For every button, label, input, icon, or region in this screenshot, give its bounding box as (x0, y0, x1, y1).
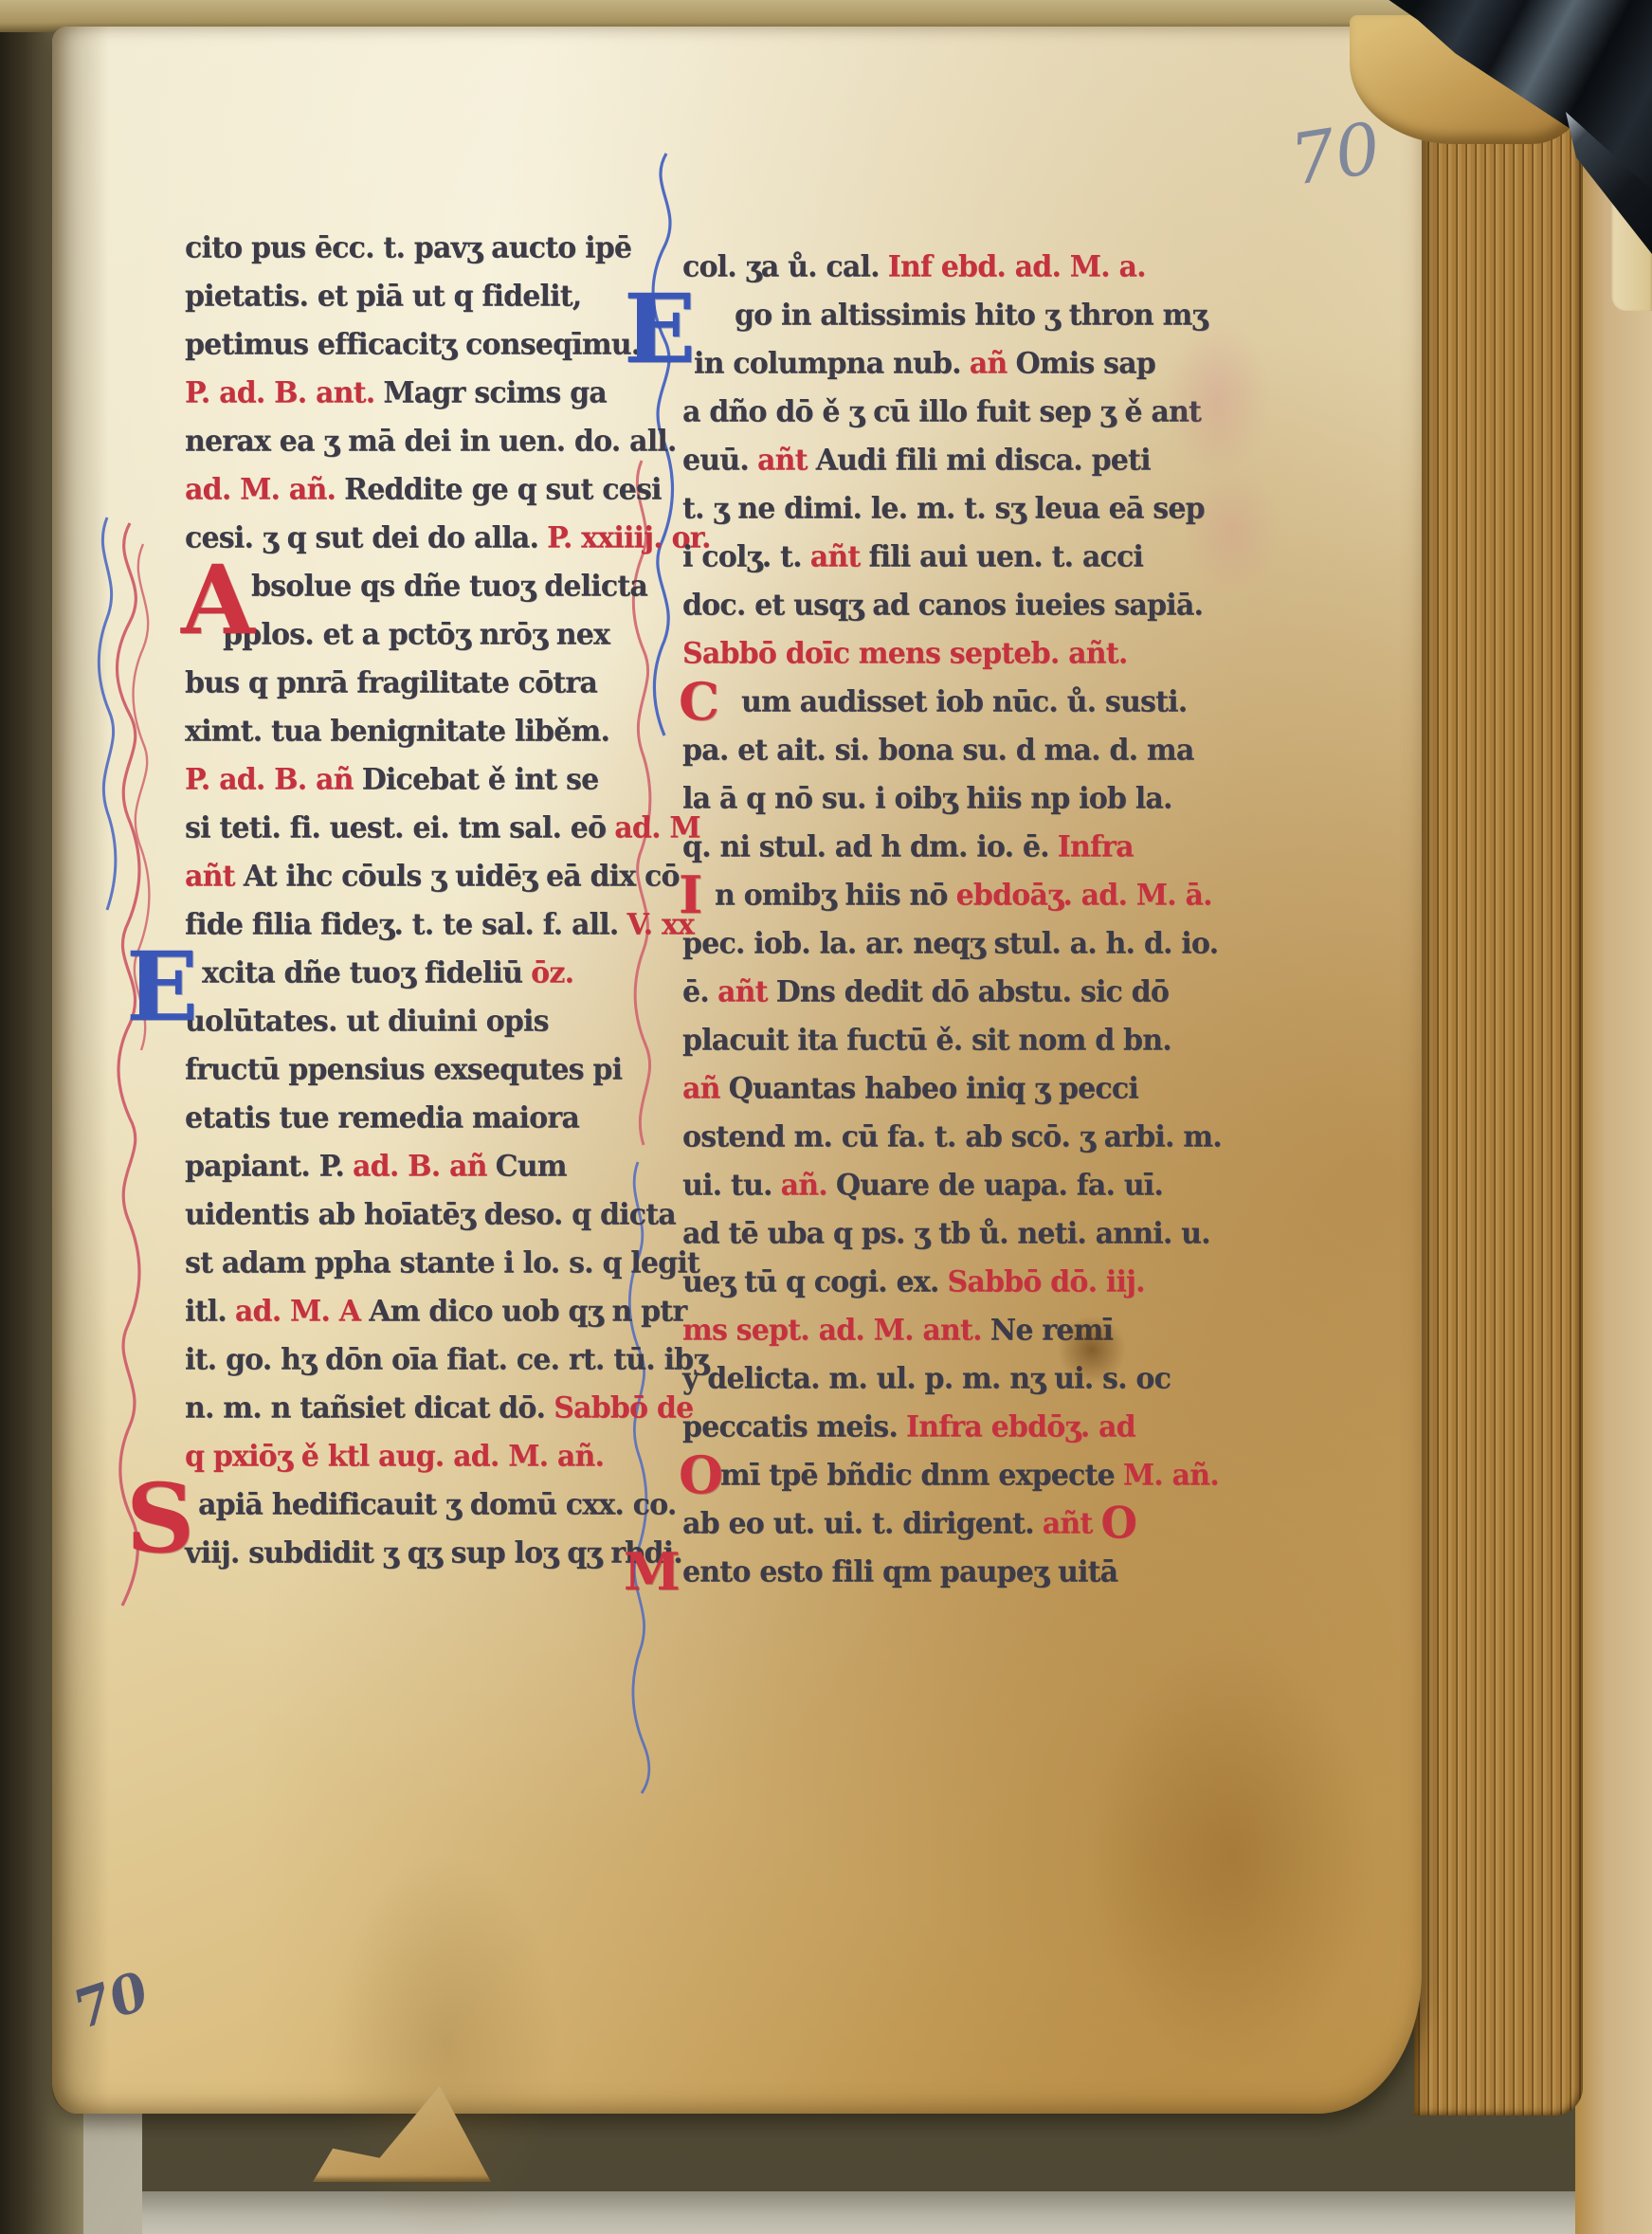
rubric-text: añ. (781, 1168, 827, 1202)
script-text: Audi fili mi disca. peti (816, 443, 1151, 477)
text-line: q. ni stul. ad h dm. io. ē.Infra (682, 822, 1232, 872)
text-line: um audisset iob nūc. ů. susti. (682, 677, 1232, 727)
rubric-text: ms sept. ad. M. ant. (682, 1313, 982, 1347)
text-line: pietatis. et piā ut q fidelit, (185, 271, 670, 321)
script-text: st adam ppha stante i lo. s. q legit (185, 1245, 699, 1280)
rubric-text: ebdoāʒ. ad. M. ā. (956, 878, 1212, 912)
text-line: ab eo ut. ui. t. dirigent.añtO (682, 1498, 1232, 1549)
script-text: doc. et usqʒ ad canos iueies sapiā. (682, 588, 1203, 622)
text-line: placuit ita fuctū ě. sit nom d bn. (682, 1015, 1232, 1065)
script-text: Dicebat ě int se (362, 762, 599, 796)
text-line: uolūtates. ut diuini opis (185, 996, 670, 1046)
script-text: pietatis. et piā ut q fidelit, (185, 279, 581, 313)
script-text: uolūtates. ut diuini opis (185, 1004, 549, 1038)
script-text: n. m. n tañsiet dicat dō. (185, 1390, 545, 1425)
script-text: viij. subdidit ʒ qʒ sup loʒ qʒ rbdi. (185, 1535, 682, 1570)
text-line: apiā hedificauit ʒ domū cxx. co. (185, 1480, 670, 1530)
script-text: pa. et ait. si. bona su. d ma. d. ma (682, 733, 1193, 767)
rubric-text: Sabbō de (554, 1390, 693, 1425)
script-text: ximt. tua benignitate liběm. (185, 714, 609, 748)
script-text: Cum (496, 1149, 567, 1183)
script-text: papiant. P. (185, 1149, 344, 1183)
text-line: bsolue qs dñe tuoʒ delicta (185, 561, 670, 611)
rubric-text: ad. B. añ (353, 1149, 487, 1183)
script-text: apiā hedificauit ʒ domū cxx. co. (198, 1487, 676, 1521)
text-line: pa. et ait. si. bona su. d ma. d. ma (682, 725, 1232, 775)
script-text: fili aui uen. t. acci (868, 539, 1143, 573)
text-line: ostend m. cū fa. t. ab scō. ʒ arbi. m. (682, 1112, 1232, 1162)
rubric-text: añt (185, 859, 235, 893)
script-text: peccatis meis. (682, 1409, 898, 1444)
text-line: pplos. et a pctōʒ nrōʒ nex (185, 609, 670, 660)
text-line: a dño dō ě ʒ cū illo fuit sep ʒ ě ant (682, 387, 1232, 437)
script-text: fructū ppensius exsequtes pi (185, 1052, 622, 1086)
text-line: ē.añtDns dedit dō abstu. sic dō (682, 967, 1232, 1017)
text-line: in columpna nub.añOmis sap (682, 338, 1232, 389)
script-text: a dño dō ě ʒ cū illo fuit sep ʒ ě ant (682, 394, 1201, 428)
script-text: ē. (682, 974, 709, 1008)
script-text: fide filia fideʒ. t. te sal. f. all. (185, 907, 618, 941)
script-text: nerax ea ʒ mā dei in uen. do. all. (185, 424, 677, 458)
script-text: cesi. ʒ q sut dei do alla. (185, 520, 538, 554)
book-fore-edge (1414, 32, 1583, 2116)
text-line: i colʒ. t.añtfili aui uen. t. acci (682, 532, 1232, 582)
folio-number-pencil: 70 (1285, 107, 1386, 202)
text-line: papiant. P.ad. B. añCum (185, 1141, 670, 1191)
text-line: xcita dñe tuoʒ fideliūōz. (185, 948, 670, 998)
script-text: t. ʒ ne dimi. le. m. t. sʒ leua eā sep (682, 491, 1205, 525)
script-text: si teti. fi. uest. ei. tm sal. eō (185, 810, 606, 845)
script-text: ad tē uba q ps. ʒ tb ů. neti. anni. u. (682, 1216, 1210, 1250)
text-line: n. m. n tañsiet dicat dō.Sabbō de (185, 1383, 670, 1433)
script-text: Quantas habeo iniq ʒ pecci (729, 1071, 1138, 1105)
script-text: mī tpē bñdic dnm expecte (720, 1458, 1115, 1492)
rubric-text: Infra (1058, 829, 1134, 863)
text-line: etatis tue remedia maiora (185, 1093, 670, 1143)
text-line: viij. subdidit ʒ qʒ sup loʒ qʒ rbdi. (185, 1528, 670, 1578)
rubric-text: ad. M. añ. (185, 472, 336, 506)
script-text: Quare de uapa. fa. uī. (836, 1168, 1163, 1202)
script-text: uidentis ab hoīatēʒ deso. q dicta (185, 1197, 676, 1231)
gutter-shadow (52, 27, 109, 2114)
script-text: At ihc cōuls ʒ uidēʒ eā dix cō (244, 859, 680, 893)
text-line: ui. tu.añ.Quare de uapa. fa. uī. (682, 1160, 1232, 1210)
script-text: ostend m. cū fa. t. ab scō. ʒ arbi. m. (682, 1119, 1222, 1153)
text-line: ximt. tua benignitate liběm. (185, 706, 670, 756)
rubric-text: ōz. (531, 955, 573, 990)
rubric-text: P. ad. B. ant. (185, 375, 374, 409)
text-line: doc. et usqʒ ad canos iueies sapiā. (682, 580, 1232, 630)
text-line: cito pus ēcc. t. pavʒ aucto ipē (185, 223, 670, 273)
rubric-text: q pxiōʒ ě ktl aug. ad. M. añ. (185, 1439, 604, 1473)
penwork-flourish-left-margin (81, 516, 168, 1625)
text-line: t. ʒ ne dimi. le. m. t. sʒ leua eā sep (682, 483, 1232, 534)
script-text: bus q pnrā fragilitate cōtra (185, 665, 597, 699)
rubric-text: Sabbō dō. iij. (947, 1264, 1144, 1299)
text-line: itl.ad. M. AAm dico uob qʒ n ptr (185, 1286, 670, 1336)
script-text: it. go. hʒ dōn oīa fiat. ce. rt. tū. ibʒ (185, 1342, 709, 1376)
text-line: it. go. hʒ dōn oīa fiat. ce. rt. tū. ibʒ (185, 1335, 670, 1385)
script-text: q. ni stul. ad h dm. io. ē. (682, 829, 1049, 863)
script-text: y delicta. m. ul. p. m. nʒ ui. s. oc (682, 1361, 1171, 1395)
text-line: añtAt ihc cōuls ʒ uidēʒ eā dix cō (185, 851, 670, 901)
text-line: ento esto fili qm paupeʒ uitā (682, 1547, 1232, 1597)
script-text: um audisset iob nūc. ů. susti. (741, 684, 1187, 718)
text-line: fide filia fideʒ. t. te sal. f. all.V. x… (185, 899, 670, 950)
script-text: cito pus ēcc. t. pavʒ aucto ipē (185, 230, 631, 264)
rubric-text: Inf ebd. ad. M. a. (888, 249, 1146, 283)
script-text: ab eo ut. ui. t. dirigent. (682, 1506, 1034, 1540)
script-text: bsolue qs dñe tuoʒ delicta (251, 569, 647, 603)
text-column-left: cito pus ēcc. t. pavʒ aucto ipēpietatis.… (185, 224, 670, 1577)
text-line: ueʒ tū q cogi. ex.Sabbō dō. iij. (682, 1257, 1232, 1307)
script-text: petimus efficacitʒ conseqīmu. (185, 327, 640, 361)
text-line: cesi. ʒ q sut dei do alla.P. xxiiij. or. (185, 513, 670, 563)
text-line: añQuantas habeo iniq ʒ pecci (682, 1063, 1232, 1114)
script-text: ueʒ tū q cogi. ex. (682, 1264, 938, 1299)
text-line: bus q pnrā fragilitate cōtra (185, 658, 670, 708)
text-line: pec. iob. la. ar. neqʒ stul. a. h. d. io… (682, 918, 1232, 969)
text-line: nerax ea ʒ mā dei in uen. do. all. (185, 416, 670, 466)
text-line: ad. M. añ.Reddite ge q sut cesi (185, 464, 670, 515)
script-text: xcita dñe tuoʒ fideliū (202, 955, 522, 990)
text-line: ad tē uba q ps. ʒ tb ů. neti. anni. u. (682, 1208, 1232, 1259)
rubric-text: añt (717, 974, 768, 1008)
script-text: i colʒ. t. (682, 539, 802, 573)
text-line: uidentis ab hoīatēʒ deso. q dicta (185, 1190, 670, 1240)
text-line: y delicta. m. ul. p. m. nʒ ui. s. oc (682, 1353, 1232, 1404)
text-line: go in altissimis hito ʒ thron mʒ (682, 290, 1232, 340)
script-text: Omis sap (1015, 346, 1155, 380)
text-line: la ā q nō su. i oibʒ hiis np iob la. (682, 773, 1232, 824)
rubric-text: ad. M. A (235, 1294, 360, 1328)
script-text: col. ʒa ů. cal. (682, 249, 880, 283)
script-text: in columpna nub. (694, 346, 961, 380)
script-text: la ā q nō su. i oibʒ hiis np iob la. (682, 781, 1172, 815)
text-column-right: col. ʒa ů. cal.Inf ebd. ad. M. a.go in a… (682, 243, 1232, 1596)
rubric-text: añ (682, 1071, 720, 1105)
text-line: mī tpē bñdic dnm expecteM. añ. (682, 1450, 1232, 1500)
script-text: Ne remī (990, 1313, 1113, 1347)
script-text: Magr scims ga (383, 375, 607, 409)
text-line: si teti. fi. uest. ei. tm sal. eōad. M (185, 803, 670, 853)
script-text: n omibʒ hiis nō (715, 878, 948, 912)
script-text: ento esto fili qm paupeʒ uitā (682, 1554, 1117, 1589)
script-text: euū. (682, 443, 749, 477)
text-line: ms sept. ad. M. ant.Ne remī (682, 1305, 1232, 1355)
text-line: col. ʒa ů. cal.Inf ebd. ad. M. a. (682, 242, 1232, 292)
rubric-text: O (1100, 1498, 1136, 1549)
manuscript-photo: { "photo_meta": { "description": "Photog… (0, 0, 1652, 2234)
rubric-text: P. ad. B. añ (185, 762, 354, 796)
text-line: euū.añtAudi fili mi disca. peti (682, 435, 1232, 485)
script-text: ui. tu. (682, 1168, 772, 1202)
text-line: n omibʒ hiis nōebdoāʒ. ad. M. ā. (682, 870, 1232, 920)
rubric-text: añ (970, 346, 1008, 380)
script-text: Reddite ge q sut cesi (344, 472, 662, 506)
rubric-text: Infra ebdōʒ. ad (906, 1409, 1135, 1444)
script-text: placuit ita fuctū ě. sit nom d bn. (682, 1023, 1171, 1057)
script-text: go in altissimis hito ʒ thron mʒ (735, 298, 1207, 332)
script-text: itl. (185, 1294, 227, 1328)
script-text: pec. iob. la. ar. neqʒ stul. a. h. d. io… (682, 926, 1218, 960)
rubric-text: Sabbō doīc mens septeb. añt. (682, 636, 1128, 670)
script-text: Dns dedit dō abstu. sic dō (776, 974, 1169, 1008)
rubric-text: añt (810, 539, 861, 573)
text-line: P. ad. B. ant.Magr scims ga (185, 368, 670, 418)
text-line: Sabbō doīc mens septeb. añt. (682, 628, 1232, 679)
script-text: pplos. et a pctōʒ nrōʒ nex (223, 617, 609, 651)
script-text: etatis tue remedia maiora (185, 1100, 579, 1135)
floor-strip (0, 2191, 1652, 2234)
manuscript-page: cito pus ēcc. t. pavʒ aucto ipēpietatis.… (52, 27, 1422, 2114)
script-text: Am dico uob qʒ n ptr (369, 1294, 686, 1328)
text-line: petimus efficacitʒ conseqīmu. (185, 319, 670, 370)
rubric-text: añt (1043, 1506, 1093, 1540)
rubric-text: M. añ. (1123, 1458, 1219, 1492)
underlying-page-edge (1575, 28, 1652, 2234)
text-line: P. ad. B. añDicebat ě int se (185, 754, 670, 805)
rubric-text: añt (757, 443, 808, 477)
text-line: st adam ppha stante i lo. s. q legit (185, 1238, 670, 1288)
text-line: q pxiōʒ ě ktl aug. ad. M. añ. (185, 1431, 670, 1481)
text-line: peccatis meis.Infra ebdōʒ. ad (682, 1402, 1232, 1452)
text-line: fructū ppensius exsequtes pi (185, 1044, 670, 1095)
